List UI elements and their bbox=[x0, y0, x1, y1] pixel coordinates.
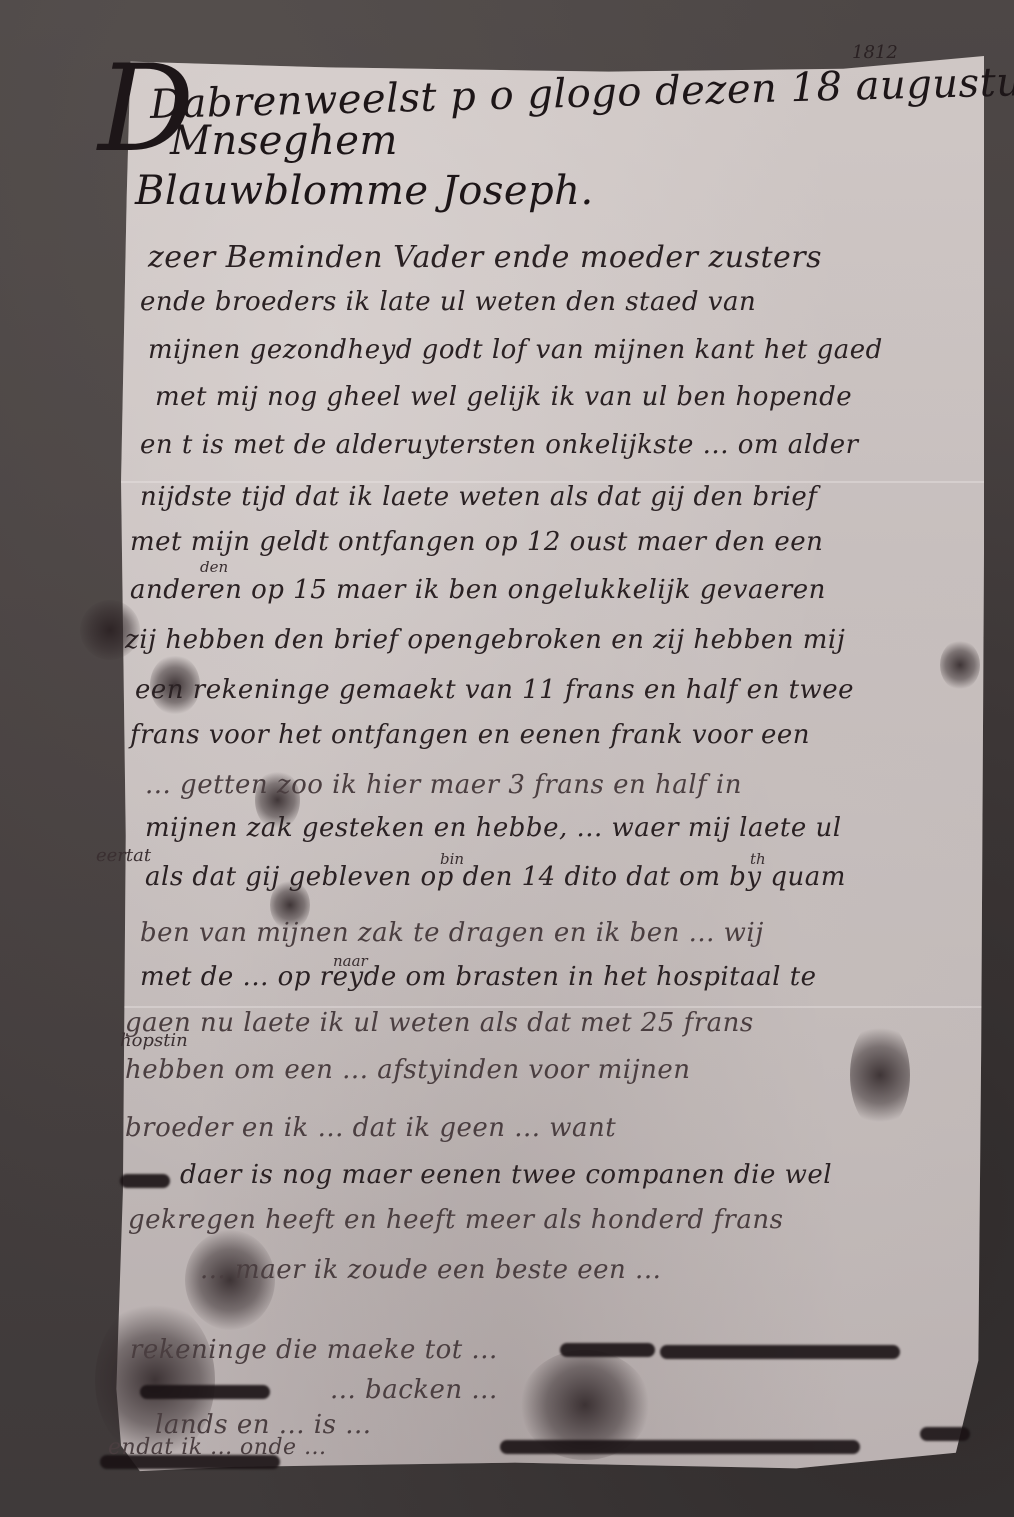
superscript-note: naar bbox=[333, 952, 368, 970]
letter-line: ... getten zoo ik hier maer 3 frans en h… bbox=[145, 770, 742, 800]
letter-line: anderen op 15 maer ik ben ongelukkelijk … bbox=[130, 575, 826, 605]
year: 1812 bbox=[852, 42, 898, 63]
letter-line: als dat gij gebleven op den 14 dito dat … bbox=[145, 862, 846, 892]
letter-line: nijdste tijd dat ik laete weten als dat … bbox=[140, 482, 817, 512]
letter-line: en t is met de alderuytersten onkelijkst… bbox=[140, 430, 859, 460]
sender-place: Mnseghem bbox=[170, 118, 398, 164]
ink-strike bbox=[660, 1345, 900, 1359]
ink-strike bbox=[560, 1343, 655, 1357]
letter-line: mijnen zak gesteken en hebbe, ... waer m… bbox=[145, 813, 842, 843]
letter-line: gekregen heeft en heeft meer als honderd… bbox=[128, 1205, 783, 1235]
margin-note: hopstin bbox=[120, 1030, 188, 1051]
letter-line: ben van mijnen zak te dragen en ik ben .… bbox=[140, 918, 764, 948]
superscript-note: th bbox=[750, 850, 766, 868]
letter-line: ... backen ... bbox=[330, 1375, 498, 1405]
letter-line: met de ... op reyde om brasten in het ho… bbox=[140, 962, 817, 992]
letter-line: daer is nog maer eenen twee companen die… bbox=[180, 1160, 832, 1190]
letter-line: een rekeninge gemaekt van 11 frans en ha… bbox=[135, 675, 854, 705]
letter-line: frans voor het ontfangen en eenen frank … bbox=[130, 720, 810, 750]
letter-line: endat ik ... onde ... bbox=[108, 1435, 327, 1460]
letter-line: met mij nog gheel wel gelijk ik van ul b… bbox=[155, 382, 852, 412]
letter-line: ... maer ik zoude een beste een ... bbox=[200, 1255, 661, 1285]
superscript-note: den bbox=[200, 558, 228, 576]
letter-line: broeder en ik ... dat ik geen ... want bbox=[125, 1113, 616, 1143]
sender-name: Blauwblomme Joseph. bbox=[135, 168, 594, 214]
superscript-note: bin bbox=[440, 850, 464, 868]
letter-line: met mijn geldt ontfangen op 12 oust maer… bbox=[130, 527, 823, 557]
letter-line: zij hebben den brief opengebroken en zij… bbox=[125, 625, 845, 655]
letter-line: hebben om een ... afstyinden voor mijnen bbox=[125, 1055, 691, 1085]
ink-strike bbox=[500, 1440, 860, 1454]
ink-stain bbox=[940, 640, 980, 690]
letter-line: mijnen gezondheyd godt lof van mijnen ka… bbox=[148, 335, 883, 365]
margin-note: eertat bbox=[96, 845, 151, 866]
ink-stain bbox=[850, 1020, 910, 1130]
letter-line: zeer Beminden Vader ende moeder zusters bbox=[148, 240, 822, 275]
letter-line: rekeninge die maeke tot ... bbox=[130, 1335, 498, 1365]
ink-strike bbox=[140, 1385, 270, 1399]
letter-line: ende broeders ik late ul weten den staed… bbox=[140, 287, 756, 317]
ink-strike bbox=[920, 1427, 970, 1441]
letter-line: gaen nu laete ik ul weten als dat met 25… bbox=[125, 1008, 754, 1038]
ink-strike bbox=[120, 1174, 170, 1188]
